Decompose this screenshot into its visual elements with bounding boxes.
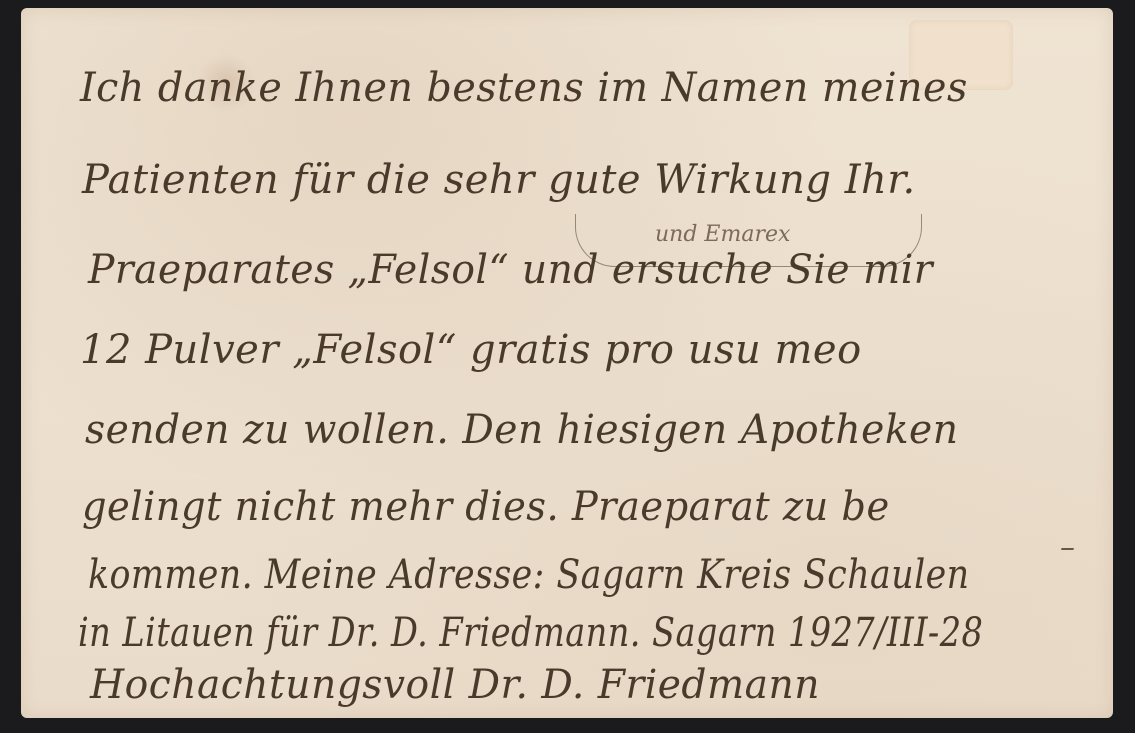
letter-line-5: senden zu wollen. Den hiesigen Apotheken xyxy=(85,410,958,450)
letter-line-1: Ich danke Ihnen bestens im Namen meines xyxy=(80,68,968,108)
letter-line-9-signature: Hochachtungsvoll Dr. D. Friedmann xyxy=(90,665,820,705)
letter-line-3: Praeparates „Felsol“ und ersuche Sie mir xyxy=(88,250,933,290)
hyphen-mark: – xyxy=(1060,530,1075,565)
letter-line-6: gelingt nicht mehr dies. Praeparat zu be xyxy=(82,487,890,527)
letter-line-7: kommen. Meine Adresse: Sagarn Kreis Scha… xyxy=(88,555,970,595)
letter-line-2: Patienten für die sehr gute Wirkung Ihr. xyxy=(82,160,916,200)
scanned-postcard: Ich danke Ihnen bestens im Namen meines … xyxy=(0,0,1135,733)
letter-line-8: in Litauen für Dr. D. Friedmann. Sagarn … xyxy=(78,613,983,653)
insertion-text: und Emarex xyxy=(655,224,790,246)
letter-line-4: 12 Pulver „Felsol“ gratis pro usu meo xyxy=(80,330,862,370)
